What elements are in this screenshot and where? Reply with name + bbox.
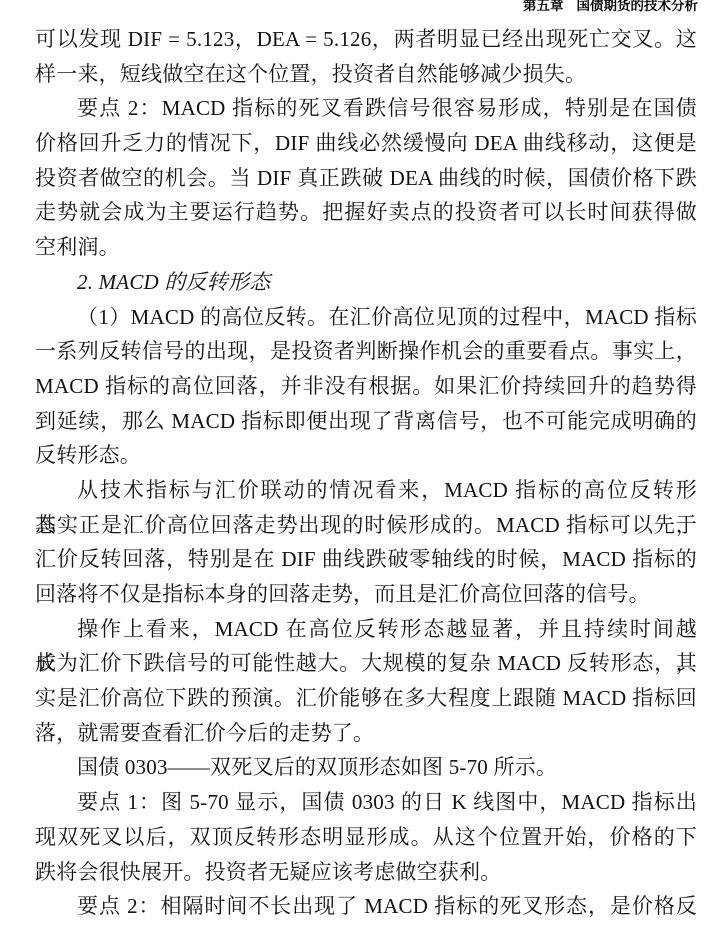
page-header: 第五章国债期货的技术分析 — [523, 0, 698, 14]
text-line: 操作上看来，MACD 在高位反转形态越显著，并且持续时间越长， — [35, 612, 697, 647]
text-line: （1）MACD 的高位反转。在汇价高位见顶的过程中，MACD 指标 — [35, 300, 697, 335]
text-line: 可以发现 DIF = 5.123，DEA = 5.126，两者明显已经出现死亡交… — [35, 22, 697, 57]
text-line: 走势就会成为主要运行趋势。把握好卖点的投资者可以长时间获得做 — [35, 195, 697, 230]
text-line: 样一来，短线做空在这个位置，投资者自然能够减少损失。 — [35, 57, 697, 92]
text-line: 要点 1：图 5-70 显示，国债 0303 的日 K 线图中，MACD 指标出 — [35, 785, 697, 820]
text-line: 反转形态。 — [35, 438, 697, 473]
chapter-label: 第五章 — [523, 0, 564, 13]
text-line: 成为汇价下跌信号的可能性越大。大规模的复杂 MACD 反转形态，其 — [35, 646, 697, 681]
text-line: 要点 2：MACD 指标的死叉看跌信号很容易形成，特别是在国债 — [35, 91, 697, 126]
text-line: 空利润。 — [35, 230, 697, 265]
text-line: 落，就需要查看汇价今后的走势了。 — [35, 716, 697, 751]
text-line: 投资者做空的机会。当 DIF 真正跌破 DEA 曲线的时候，国债价格下跌 — [35, 161, 697, 196]
subheading-line: 2. MACD 的反转形态 — [35, 265, 697, 300]
text-line: 实是汇价高位下跌的预演。汇价能够在多大程度上跟随 MACD 指标回 — [35, 681, 697, 716]
text-line: 要点 2：相隔时间不长出现了 MACD 指标的死叉形态，是价格反 — [35, 889, 697, 924]
text-line: 价格回升乏力的情况下，DIF 曲线必然缓慢向 DEA 曲线移动，这便是 — [35, 126, 697, 161]
text-line: 到延续，那么 MACD 指标即便出现了背离信号，也不可能完成明确的 — [35, 404, 697, 439]
text-line: 从技术指标与汇价联动的情况看来，MACD 指标的高位反转形态， — [35, 473, 697, 508]
text-line: MACD 指标的高位回落，并非没有根据。如果汇价持续回升的趋势得 — [35, 369, 697, 404]
book-page: 第五章国债期货的技术分析 可以发现 DIF = 5.123，DEA = 5.12… — [0, 0, 710, 932]
text-line: 汇价反转回落，特别是在 DIF 曲线跌破零轴线的时候，MACD 指标的 — [35, 542, 697, 577]
chapter-title: 国债期货的技术分析 — [577, 0, 699, 13]
text-line: 一系列反转信号的出现，是投资者判断操作机会的重要看点。事实上， — [35, 334, 697, 369]
text-line: 跌将会很快展开。投资者无疑应该考虑做空获利。 — [35, 855, 697, 890]
text-line: 国债 0303——双死叉后的双顶形态如图 5-70 所示。 — [35, 750, 697, 785]
body-text: 可以发现 DIF = 5.123，DEA = 5.126，两者明显已经出现死亡交… — [35, 22, 697, 924]
text-line: 其实正是汇价高位回落走势出现的时候形成的。MACD 指标可以先于 — [35, 508, 697, 543]
text-line: 现双死叉以后，双顶反转形态明显形成。从这个位置开始，价格的下 — [35, 820, 697, 855]
text-line: 回落将不仅是指标本身的回落走势，而且是汇价高位回落的信号。 — [35, 577, 697, 612]
